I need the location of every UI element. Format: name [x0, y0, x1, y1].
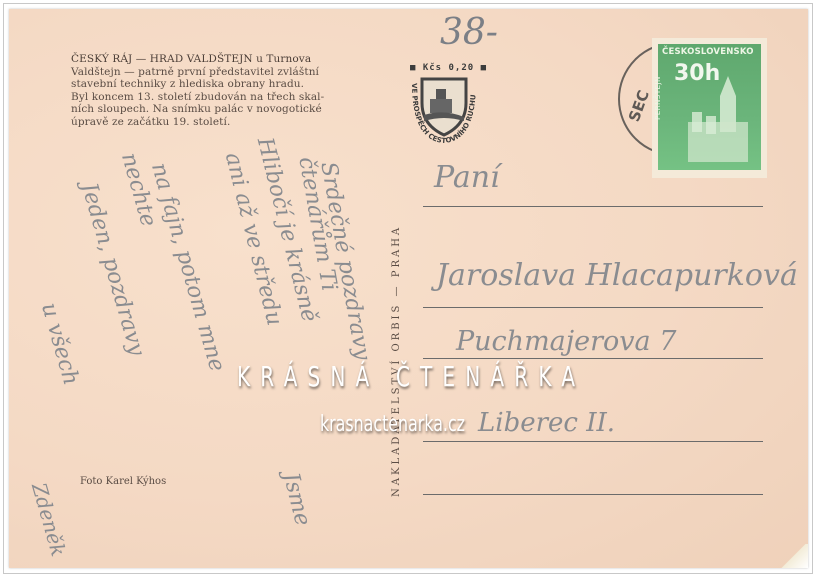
watermark-title: KRÁSNÁ ČTENÁŘKA [237, 360, 585, 393]
address-salutation: Paní [434, 160, 500, 195]
printed-caption: ČESKÝ RÁJ — HRAD VALDŠTEJN u Turnova Val… [71, 53, 381, 129]
caption-line: Valdštejn — patrně první představitel zv… [71, 66, 381, 79]
address-line [423, 494, 763, 495]
address-name: Jaroslava Hlacapurková [436, 258, 798, 293]
castle-icon [678, 72, 758, 172]
caption-line: úpravě ze začátku 19. století. [71, 116, 381, 129]
address-city: Liberec II. [478, 408, 615, 438]
address-line [423, 358, 763, 359]
caption-line: ních sloupech. Na snímku palác v novogot… [71, 103, 381, 116]
stamp-country: ČESKOSLOVENSKO [662, 47, 754, 57]
castle-shield-icon: VE PROSPĚCH CESTOVNÍHO RUCHU [400, 63, 488, 143]
badge-price: ■ Kčs 0,20 ■ [410, 63, 487, 73]
caption-line: ČESKÝ RÁJ — HRAD VALDŠTEJN u Turnova [71, 53, 381, 66]
address-line [423, 307, 763, 308]
postage-stamp: ČESKOSLOVENSKO 30h PERNŠTEJN [652, 38, 767, 178]
stamp-image: ČESKOSLOVENSKO 30h PERNŠTEJN [658, 44, 761, 170]
address-line [423, 206, 763, 207]
photo-credit: Foto Karel Kýhos [80, 476, 166, 487]
caption-line: Byl koncem 13. století zbudován na třech… [71, 91, 381, 104]
tourism-badge: ■ Kčs 0,20 ■ VE PROSPĚCH CESTOVNÍHO RUCH… [400, 63, 488, 143]
handwritten-price: 38- [440, 12, 498, 53]
address-street: Puchmajerova 7 [456, 326, 676, 357]
stamp-castle-name: PERNŠTEJN [654, 76, 662, 120]
watermark-url: krasnactenarka.cz [320, 412, 465, 437]
address-line [423, 441, 763, 442]
caption-line: stavební techniky z hlediska obrany hrad… [71, 78, 381, 91]
